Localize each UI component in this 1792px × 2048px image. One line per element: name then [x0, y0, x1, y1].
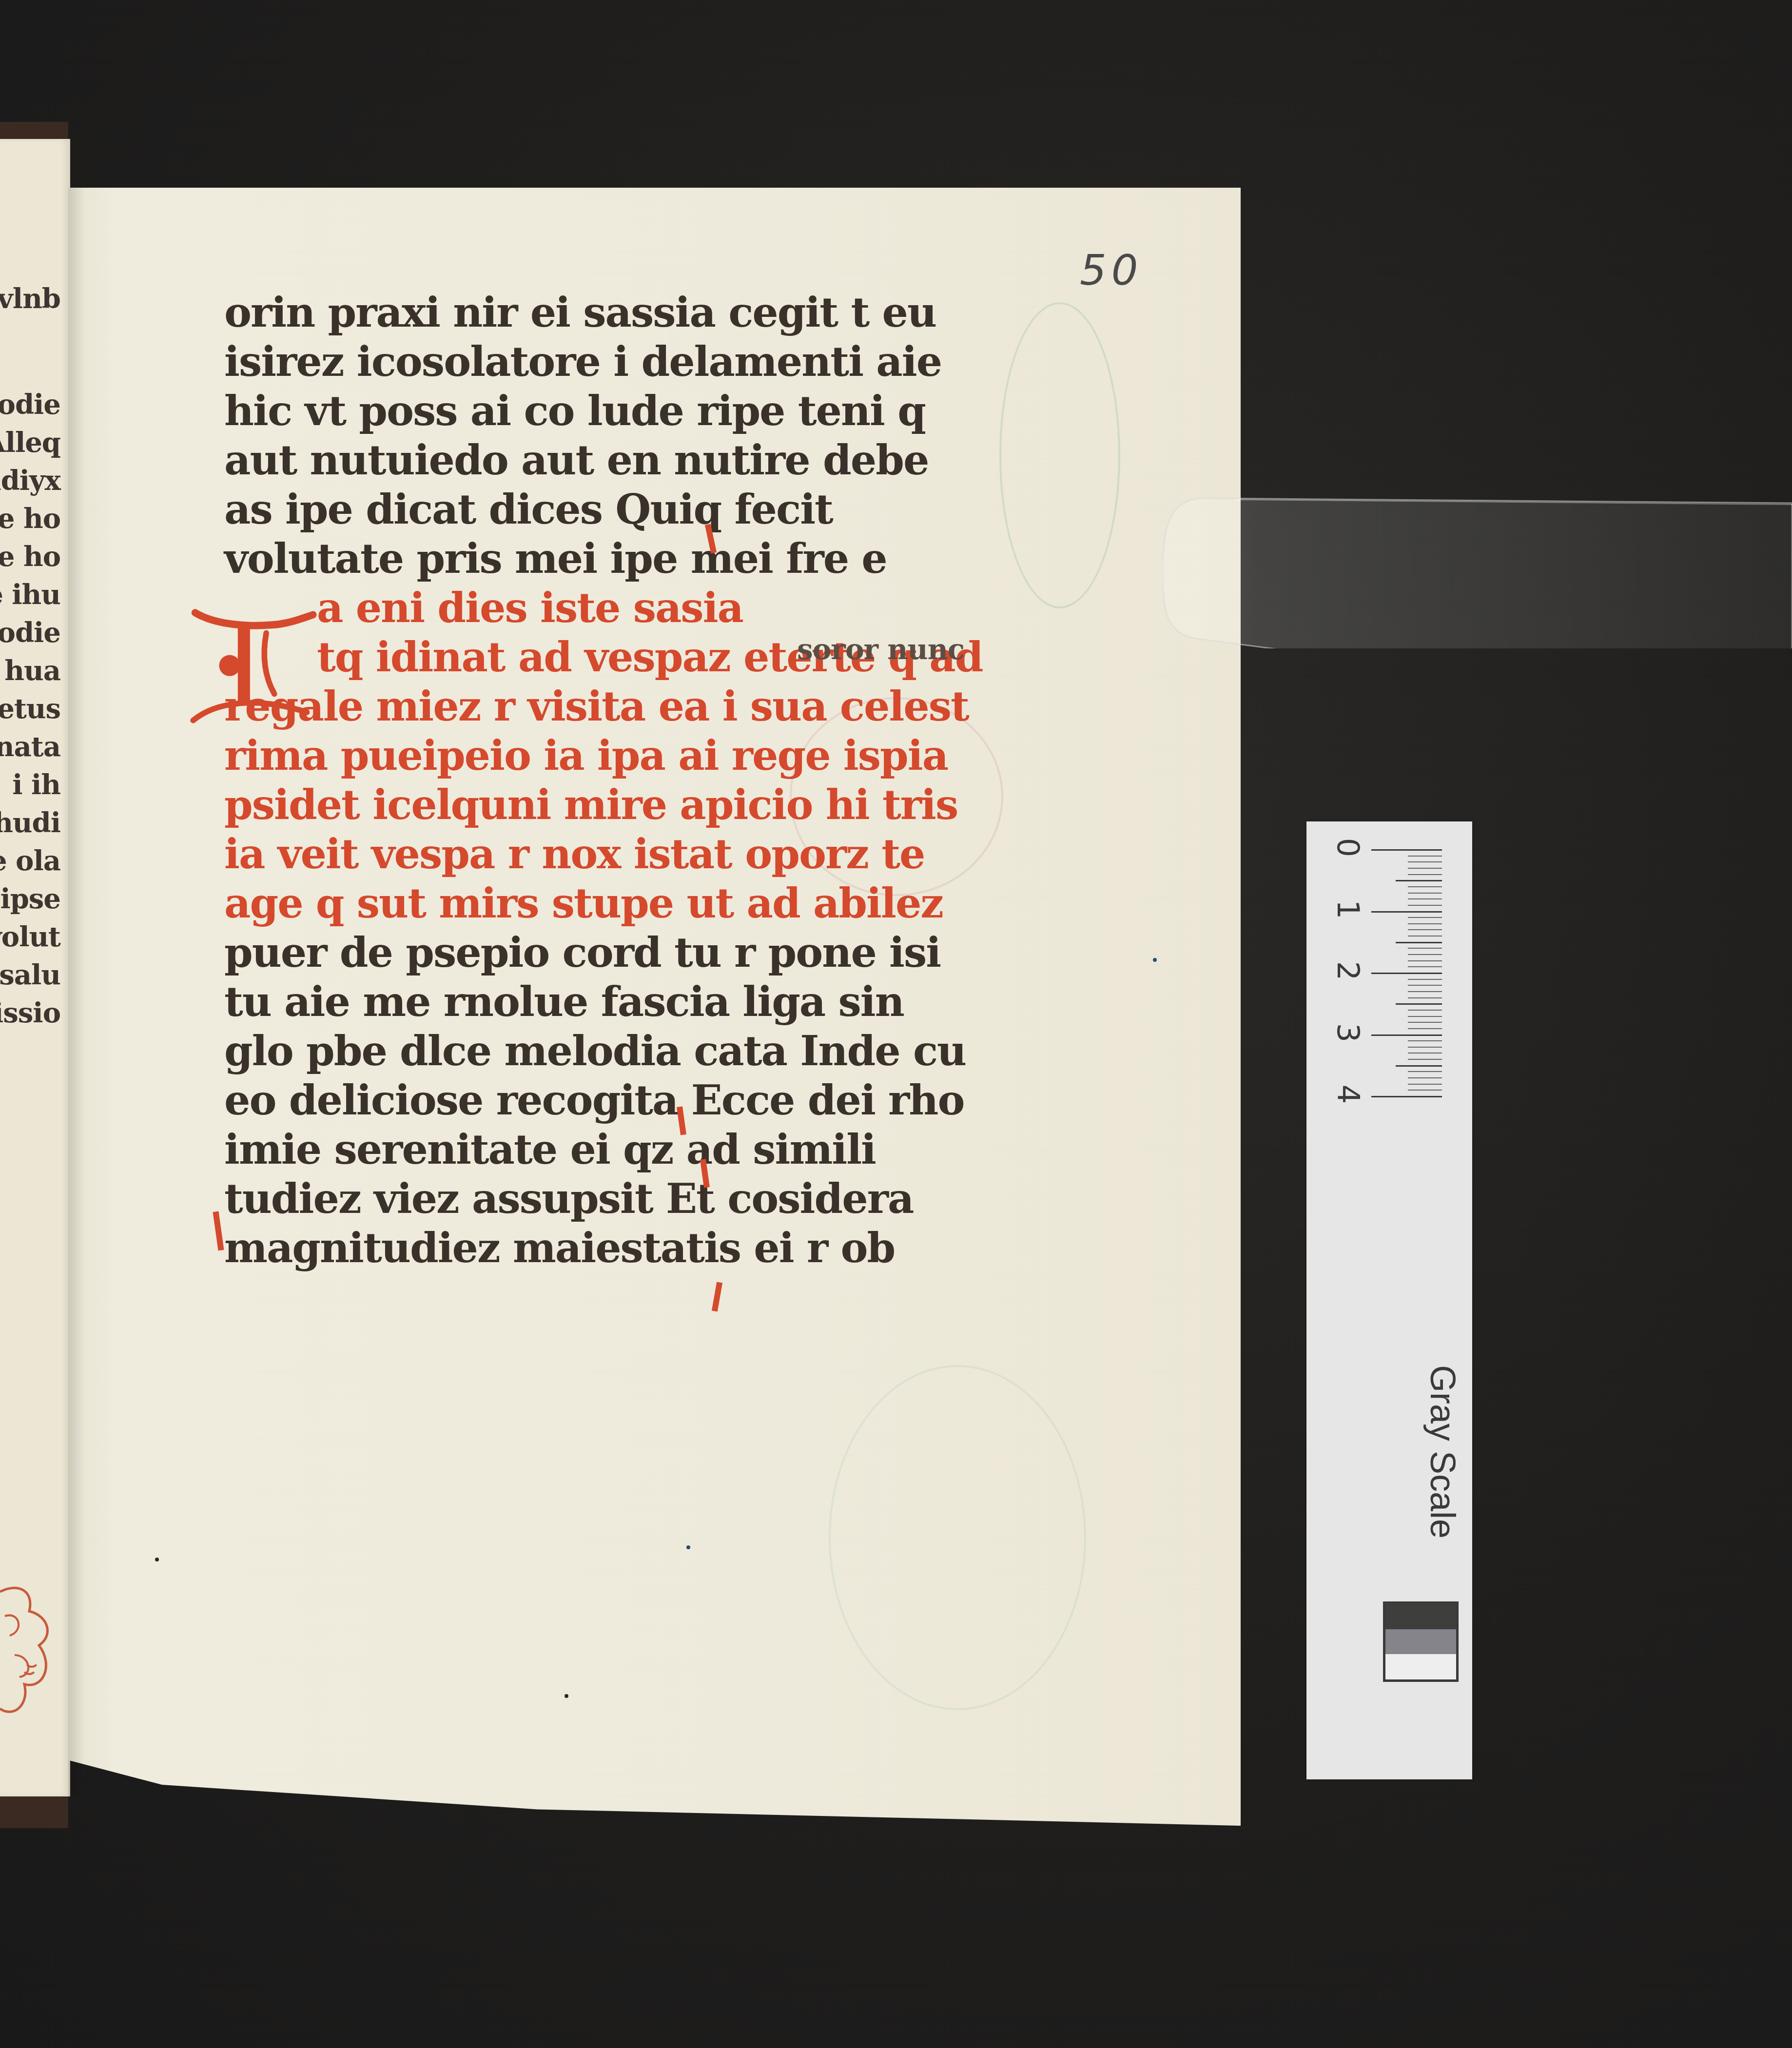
ruler-tick: [1408, 1028, 1442, 1029]
ruler-tick: [1408, 868, 1442, 869]
ruler-tick: [1408, 1040, 1442, 1041]
rubric-line-4: rima pueipeio ia ipa ai rege ispia: [224, 731, 999, 780]
ruler-tick: [1371, 911, 1442, 913]
ink-speck: [565, 1694, 568, 1698]
ruler-tick: [1408, 985, 1442, 986]
ruler-label: 0: [1330, 833, 1366, 862]
ruler-tick: [1408, 966, 1442, 967]
text-line-9: glo pbe dlce melodia cata Inde cu: [224, 1026, 999, 1075]
verso-line: des hua: [0, 655, 60, 687]
verso-line: HHodie: [0, 389, 60, 421]
rubric-line-1: a eni dies iste sasia: [224, 583, 999, 632]
gutter-shadow: [68, 188, 85, 1796]
verso-line: i salu: [0, 959, 60, 991]
verso-line: i ih: [12, 769, 60, 801]
ink-speck: [155, 1558, 159, 1561]
text-line-12: tudiez viez assupsit Et cosidera: [224, 1174, 999, 1223]
ruler-tick: [1396, 1065, 1442, 1067]
ruler-tick: [1408, 960, 1442, 961]
ruler-tick: [1408, 1010, 1442, 1011]
verso-line: i ipse: [0, 883, 60, 915]
ruler-tick: [1408, 1059, 1442, 1060]
rubric-line-7: age q sut mirs stupe ut ad abilez: [224, 878, 999, 928]
text-line-11: imie serenitate ei qz ad simili: [224, 1125, 999, 1174]
ruler-tick: [1396, 880, 1442, 881]
text-line-3: hic vt poss ai co lude ripe teni q: [224, 386, 999, 435]
verso-line: Dietus: [0, 693, 60, 725]
gray-patch-light: [1385, 1654, 1456, 1679]
text-line-7: puer de psepio cord tu r pone isi: [224, 928, 999, 977]
ruler-tick: [1408, 893, 1442, 894]
folio-number: 50: [1080, 246, 1143, 295]
verso-line: odie ihu: [0, 579, 60, 611]
gray-patch-dark: [1385, 1604, 1456, 1629]
ruler-label: 1: [1330, 895, 1366, 924]
gray-patch-mid: [1385, 1629, 1456, 1655]
ruler-label: 4: [1330, 1080, 1366, 1109]
ruler-tick: [1408, 1053, 1442, 1053]
text-line-8: tu aie me rnolue fascia liga sin: [224, 977, 999, 1026]
red-flourish-decoration: [0, 1582, 63, 1728]
ruler-tick: [1408, 991, 1442, 992]
verso-line: casse ho: [0, 503, 60, 535]
verso-line: ivolut: [0, 921, 60, 953]
ruler-tick: [1371, 1034, 1442, 1036]
ruler-label: 2: [1330, 956, 1366, 986]
rubric-line-3: regale miez r visita ea i sua celest: [224, 682, 999, 731]
ink-speck: [1153, 958, 1157, 962]
text-line-13: magnitudiez maiestatis ei r ob: [224, 1223, 999, 1272]
ruler-tick: [1408, 886, 1442, 887]
ruler-tick: [1408, 1022, 1442, 1023]
interlinear-note: soror nunc: [797, 633, 964, 666]
ruler-tick: [1408, 874, 1442, 875]
verso-line-text: Hodie: [0, 389, 60, 421]
ruler-tick: [1408, 905, 1442, 906]
ruler-tick: [1371, 973, 1442, 974]
text-line-2: isirez icosolatore i delamenti aie: [224, 337, 999, 386]
page-clip: [1163, 492, 1792, 648]
ruler-tick: [1408, 856, 1442, 857]
verso-line-text: Hodie: [0, 617, 60, 649]
ruler-tick: [1408, 936, 1442, 936]
ruler-tick: [1408, 1077, 1442, 1078]
verso-page: r vlnb HHodie Alleq Resadiyx casse ho od…: [0, 139, 70, 1796]
verso-line: ues nata: [0, 731, 60, 763]
ruler-tick: [1396, 942, 1442, 943]
gray-scale-label: Gray Scale: [1422, 1365, 1462, 1539]
text-line-4: aut nutuiedo aut en nutire debe: [224, 435, 999, 485]
verso-line: Alleq: [0, 427, 60, 459]
ruler-label: 3: [1330, 1018, 1366, 1047]
ruler-tick: [1408, 1084, 1442, 1085]
ruler-tick: [1408, 979, 1442, 980]
ruler-tick: [1408, 997, 1442, 998]
ruler-tick: [1408, 1090, 1442, 1091]
offset-ghost-mark: [999, 302, 1120, 608]
rubric-line-5: psidet icelquni mire apicio hi tris: [224, 780, 999, 829]
text-line-1: orin praxi nir ei sassia cegit t eu: [224, 288, 999, 337]
text-line-6: volutate pris mei ipe mei fre e: [224, 534, 999, 583]
gray-scale-target: [1383, 1601, 1459, 1682]
ruler-tick: [1408, 954, 1442, 955]
ruler-tick: [1408, 861, 1442, 862]
ruler-tick: [1408, 948, 1442, 949]
ink-speck: [686, 1545, 690, 1549]
verso-line: Resadiyx: [0, 465, 60, 497]
ruler-tick: [1408, 1047, 1442, 1048]
ruler-tick: [1408, 917, 1442, 918]
verso-line: odie ho: [0, 541, 60, 573]
verso-line: ere ola: [0, 845, 60, 877]
text-line-5: as ipe dicat dices Quiq fecit: [224, 485, 999, 534]
ruler-tick: [1396, 1003, 1442, 1005]
verso-line: emissio: [0, 997, 60, 1029]
ruler-tick: [1371, 849, 1442, 851]
ruler-tick: [1408, 923, 1442, 924]
main-text-block: orin praxi nir ei sassia cegit t eu isir…: [224, 288, 999, 1272]
ruler-tick: [1408, 1071, 1442, 1072]
verso-line: HHodie: [0, 617, 60, 649]
scale-ruler: 0 1 2 3 4 Gray Scale: [1306, 821, 1472, 1779]
ruler-tick: [1408, 1016, 1442, 1017]
offset-ghost-mark: [829, 1365, 1086, 1710]
rubric-line-6: ia veit vespa r nox istat oporz te: [224, 829, 999, 878]
verso-line: r vlnb: [0, 283, 60, 315]
ruler-tick: [1371, 1096, 1442, 1097]
verso-line: hudi: [0, 807, 60, 839]
ruler-tick: [1408, 898, 1442, 899]
text-line-10: eo deliciose recogita Ecce dei rho: [224, 1075, 999, 1125]
ruler-tick: [1408, 929, 1442, 930]
